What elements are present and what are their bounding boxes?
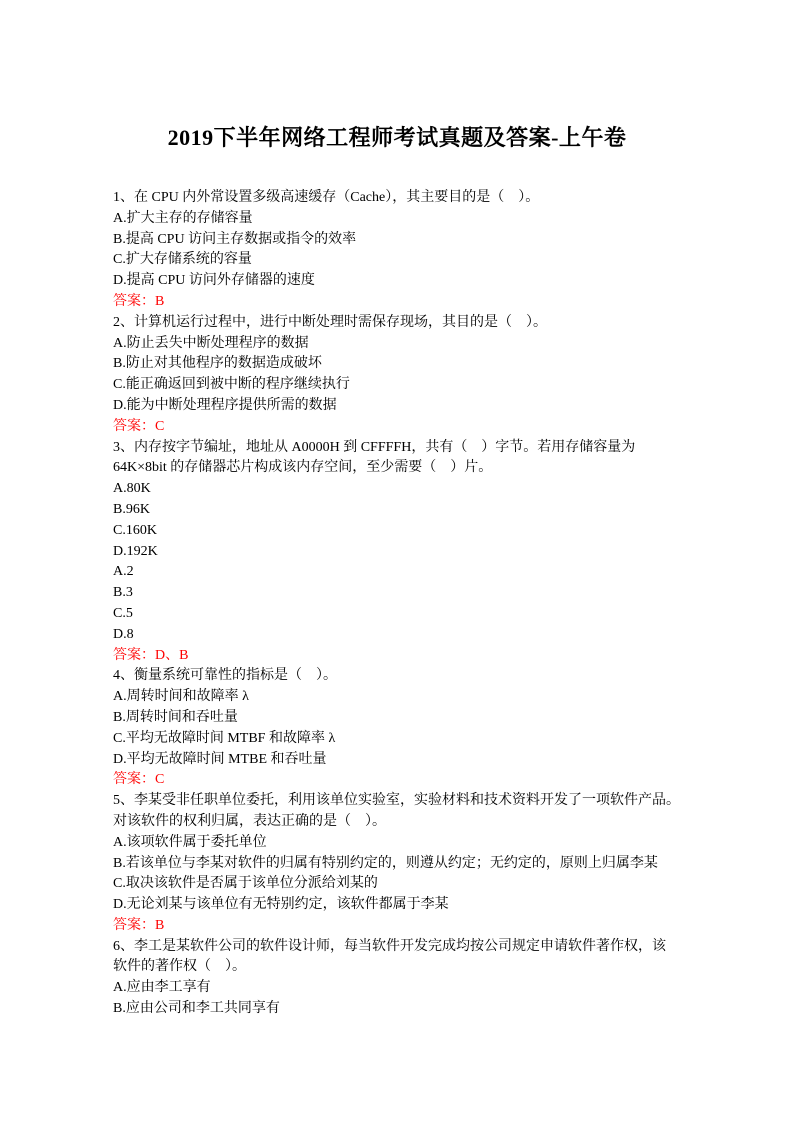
question-options: A.应由李工享有B.应由公司和李工共同享有	[113, 978, 688, 1020]
question-option: B.周转时间和吞吐量	[113, 708, 688, 729]
question-option: A.防止丢失中断处理程序的数据	[113, 334, 688, 355]
question-stem: 2、计算机运行过程中，进行中断处理时需保存现场，其目的是（ ）。	[113, 313, 688, 334]
question-option: B.3	[113, 583, 688, 604]
question-stem-line: 5、李某受非任职单位委托，利用该单位实验室，实验材料和技术资料开发了一项软件产品…	[113, 791, 688, 812]
answer-label: 答案：	[113, 294, 155, 309]
question-option: D.192K	[113, 542, 688, 563]
question-option: B.防止对其他程序的数据造成破坏	[113, 354, 688, 375]
question-option: A.扩大主存的存储容量	[113, 209, 688, 230]
question-stem: 3、内存按字节编址，地址从 A0000H 到 CFFFFH，共有（ ）字节。若用…	[113, 438, 688, 480]
answer-line: 答案：B	[113, 916, 688, 937]
answer-value: C	[155, 419, 164, 434]
question-list: 1、在 CPU 内外常设置多级高速缓存（Cache），其主要目的是（ ）。 A.…	[113, 188, 688, 1020]
answer-value: D、B	[155, 648, 188, 663]
question-option: A.该项软件属于委托单位	[113, 833, 688, 854]
question-option: B.应由公司和李工共同享有	[113, 999, 688, 1020]
question-stem-line: 64K×8bit 的存储器芯片构成该内存空间，至少需要（ ）片。	[113, 458, 688, 479]
question-options: A.防止丢失中断处理程序的数据B.防止对其他程序的数据造成破坏C.能正确返回到被…	[113, 334, 688, 417]
answer-label: 答案：	[113, 648, 155, 663]
question-option: D.无论刘某与该单位有无特别约定，该软件都属于李某	[113, 895, 688, 916]
answer-line: 答案：B	[113, 292, 688, 313]
question-stem: 4、衡量系统可靠性的指标是（ ）。	[113, 666, 688, 687]
question-option: A.2	[113, 562, 688, 583]
question-option: A.80K	[113, 479, 688, 500]
question-stem: 6、李工是某软件公司的软件设计师，每当软件开发完成均按公司规定申请软件著作权，该…	[113, 937, 688, 979]
answer-value: B	[155, 294, 164, 309]
question-options: A.80KB.96KC.160KD.192KA.2B.3C.5D.8	[113, 479, 688, 645]
question-stem-line: 6、李工是某软件公司的软件设计师，每当软件开发完成均按公司规定申请软件著作权，该	[113, 937, 688, 958]
question-stem-line: 软件的著作权（ ）。	[113, 957, 688, 978]
answer-label: 答案：	[113, 918, 155, 933]
question-stem-line: 2、计算机运行过程中，进行中断处理时需保存现场，其目的是（ ）。	[113, 313, 688, 334]
answer-value: C	[155, 772, 164, 787]
question-option: A.周转时间和故障率 λ	[113, 687, 688, 708]
question-block: 3、内存按字节编址，地址从 A0000H 到 CFFFFH，共有（ ）字节。若用…	[113, 438, 688, 667]
question-options: A.扩大主存的存储容量B.提高 CPU 访问主存数据或指令的效率C.扩大存储系统…	[113, 209, 688, 292]
question-options: A.周转时间和故障率 λB.周转时间和吞吐量C.平均无故障时间 MTBF 和故障…	[113, 687, 688, 770]
question-block: 1、在 CPU 内外常设置多级高速缓存（Cache），其主要目的是（ ）。 A.…	[113, 188, 688, 313]
question-option: A.应由李工享有	[113, 978, 688, 999]
question-block: 5、李某受非任职单位委托，利用该单位实验室，实验材料和技术资料开发了一项软件产品…	[113, 791, 688, 937]
question-option: C.160K	[113, 521, 688, 542]
question-stem: 1、在 CPU 内外常设置多级高速缓存（Cache），其主要目的是（ ）。	[113, 188, 688, 209]
question-option: D.提高 CPU 访问外存储器的速度	[113, 271, 688, 292]
question-block: 6、李工是某软件公司的软件设计师，每当软件开发完成均按公司规定申请软件著作权，该…	[113, 937, 688, 1020]
answer-value: B	[155, 918, 164, 933]
question-option: D.能为中断处理程序提供所需的数据	[113, 396, 688, 417]
question-stem-line: 对该软件的权利归属，表达正确的是（ ）。	[113, 812, 688, 833]
question-stem: 5、李某受非任职单位委托，利用该单位实验室，实验材料和技术资料开发了一项软件产品…	[113, 791, 688, 833]
question-option: C.5	[113, 604, 688, 625]
question-option: D.平均无故障时间 MTBE 和吞吐量	[113, 750, 688, 771]
question-block: 4、衡量系统可靠性的指标是（ ）。 A.周转时间和故障率 λB.周转时间和吞吐量…	[113, 666, 688, 791]
question-stem-line: 4、衡量系统可靠性的指标是（ ）。	[113, 666, 688, 687]
answer-line: 答案：D、B	[113, 646, 688, 667]
document-page: 2019下半年网络工程师考试真题及答案-上午卷 1、在 CPU 内外常设置多级高…	[0, 0, 794, 1123]
question-stem-line: 1、在 CPU 内外常设置多级高速缓存（Cache），其主要目的是（ ）。	[113, 188, 688, 209]
page-title: 2019下半年网络工程师考试真题及答案-上午卷	[0, 0, 794, 150]
question-option: B.96K	[113, 500, 688, 521]
question-option: C.能正确返回到被中断的程序继续执行	[113, 375, 688, 396]
answer-label: 答案：	[113, 419, 155, 434]
question-block: 2、计算机运行过程中，进行中断处理时需保存现场，其目的是（ ）。 A.防止丢失中…	[113, 313, 688, 438]
answer-line: 答案：C	[113, 770, 688, 791]
question-option: B.若该单位与李某对软件的归属有特别约定的，则遵从约定；无约定的，原则上归属李某	[113, 854, 688, 875]
answer-line: 答案：C	[113, 417, 688, 438]
question-option: C.取决该软件是否属于该单位分派给刘某的	[113, 874, 688, 895]
question-stem-line: 3、内存按字节编址，地址从 A0000H 到 CFFFFH，共有（ ）字节。若用…	[113, 438, 688, 459]
question-option: C.扩大存储系统的容量	[113, 250, 688, 271]
question-option: C.平均无故障时间 MTBF 和故障率 λ	[113, 729, 688, 750]
question-option: B.提高 CPU 访问主存数据或指令的效率	[113, 230, 688, 251]
question-options: A.该项软件属于委托单位B.若该单位与李某对软件的归属有特别约定的，则遵从约定；…	[113, 833, 688, 916]
question-option: D.8	[113, 625, 688, 646]
answer-label: 答案：	[113, 772, 155, 787]
